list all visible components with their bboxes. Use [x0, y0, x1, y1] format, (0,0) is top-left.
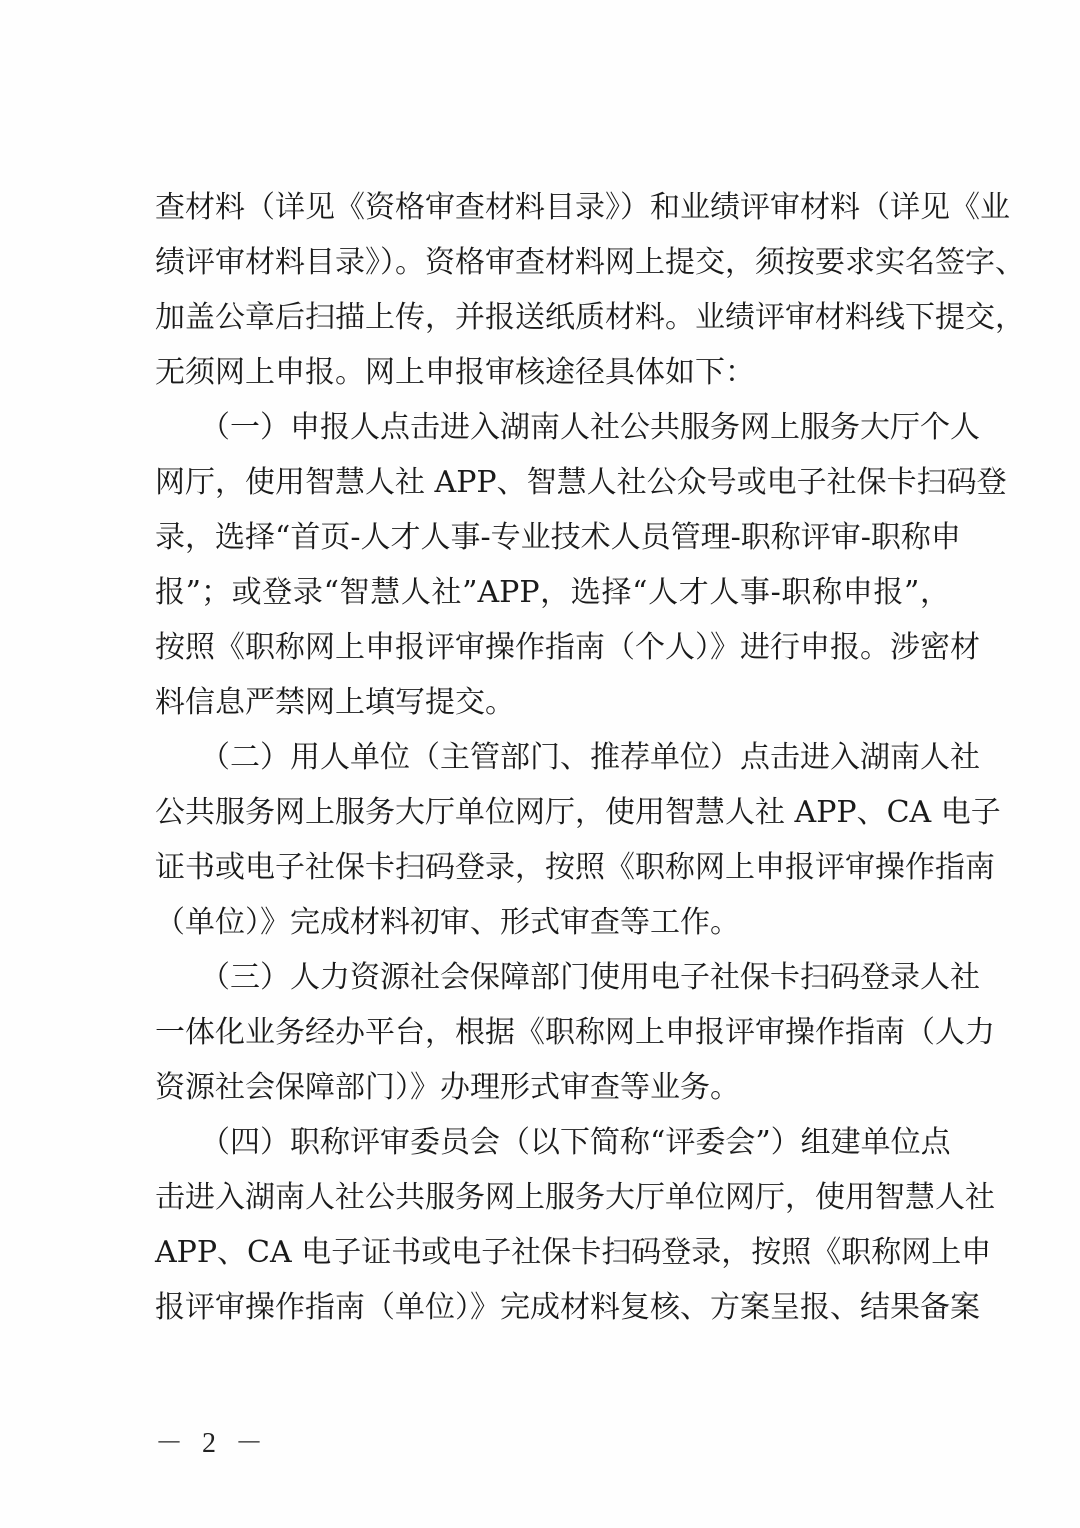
text-line: 证书或电子社保卡扫码登录，按照《职称网上申报评审操作指南 [155, 840, 950, 895]
text-line: APP、CA 电子证书或电子社保卡扫码登录，按照《职称网上申 [155, 1225, 950, 1280]
text-line: 录，选择“首页-人才人事-专业技术人员管理-职称评审-职称申 [155, 510, 950, 565]
text-line: 报评审操作指南（单位）》完成材料复核、方案呈报、结果备案 [155, 1280, 950, 1335]
paragraph-intro-continued: 查材料（详见《资格审查材料目录》）和业绩评审材料（详见《业 绩评审材料目录》）。… [155, 180, 950, 400]
text-line: （二）用人单位（主管部门、推荐单位）点击进入湖南人社 [155, 730, 950, 785]
paragraph-item-2: （二）用人单位（主管部门、推荐单位）点击进入湖南人社 公共服务网上服务大厅单位网… [155, 730, 950, 950]
text-line: 网厅，使用智慧人社 APP、智慧人社公众号或电子社保卡扫码登 [155, 455, 950, 510]
text-line: （一）申报人点击进入湖南人社公共服务网上服务大厅个人 [155, 400, 950, 455]
text-line: 资源社会保障部门）》办理形式审查等业务。 [155, 1060, 950, 1115]
text-line: 加盖公章后扫描上传，并报送纸质材料。业绩评审材料线下提交， [155, 290, 950, 345]
text-line: 击进入湖南人社公共服务网上服务大厅单位网厅，使用智慧人社 [155, 1170, 950, 1225]
text-line: （三）人力资源社会保障部门使用电子社保卡扫码登录人社 [155, 950, 950, 1005]
paragraph-item-4: （四）职称评审委员会（以下简称“评委会”）组建单位点 击进入湖南人社公共服务网上… [155, 1115, 950, 1335]
text-line: 料信息严禁网上填写提交。 [155, 675, 950, 730]
text-line: 无须网上申报。网上申报审核途径具体如下： [155, 345, 950, 400]
paragraph-item-3: （三）人力资源社会保障部门使用电子社保卡扫码登录人社 一体化业务经办平台，根据《… [155, 950, 950, 1115]
text-line: 一体化业务经办平台，根据《职称网上申报评审操作指南（人力 [155, 1005, 950, 1060]
text-line: 报”；或登录“智慧人社”APP，选择“人才人事-职称申报”， [155, 565, 950, 620]
paragraph-item-1: （一）申报人点击进入湖南人社公共服务网上服务大厅个人 网厅，使用智慧人社 APP… [155, 400, 950, 730]
text-line: （四）职称评审委员会（以下简称“评委会”）组建单位点 [155, 1115, 950, 1170]
page-number: － 2 － [155, 1424, 269, 1464]
document-page: 查材料（详见《资格审查材料目录》）和业绩评审材料（详见《业 绩评审材料目录》）。… [0, 0, 1080, 1528]
text-line: 绩评审材料目录》）。资格审查材料网上提交，须按要求实名签字、 [155, 235, 950, 290]
text-line: （单位）》完成材料初审、形式审查等工作。 [155, 895, 950, 950]
text-line: 公共服务网上服务大厅单位网厅，使用智慧人社 APP、CA 电子 [155, 785, 950, 840]
document-body: 查材料（详见《资格审查材料目录》）和业绩评审材料（详见《业 绩评审材料目录》）。… [155, 180, 950, 1335]
text-line: 按照《职称网上申报评审操作指南（个人）》进行申报。涉密材 [155, 620, 950, 675]
text-line: 查材料（详见《资格审查材料目录》）和业绩评审材料（详见《业 [155, 180, 950, 235]
